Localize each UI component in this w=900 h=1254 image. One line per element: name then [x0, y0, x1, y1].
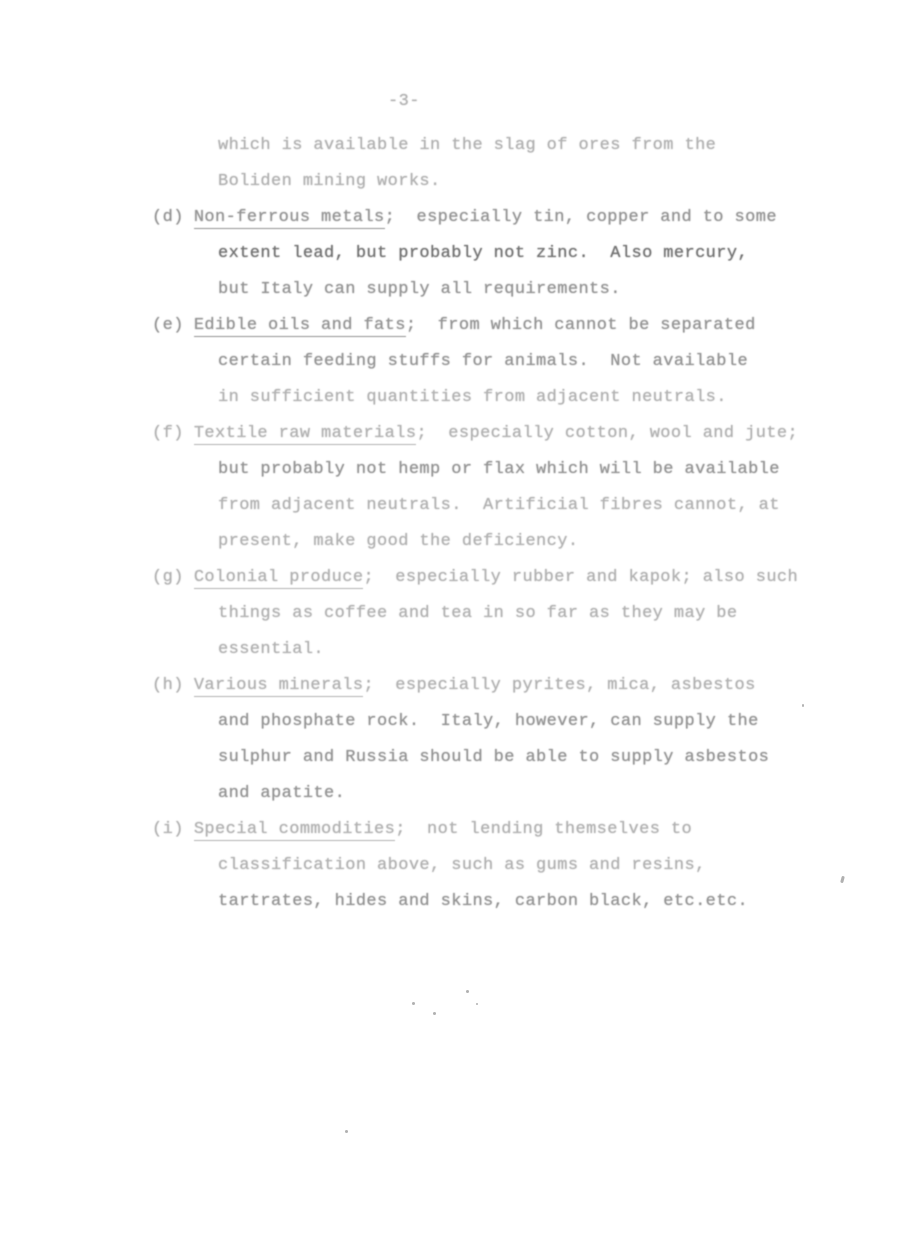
- item-label: (i): [152, 820, 184, 839]
- item-term: Non-ferrous metals: [194, 208, 385, 229]
- item-first-line: (f)Textile raw materials; especially cot…: [152, 416, 862, 452]
- item-label: (g): [152, 568, 184, 587]
- item-text: ; especially rubber and kapok; also such: [363, 568, 798, 587]
- item-text: ; especially tin, copper and to some: [385, 208, 777, 227]
- item-first-line: (i)Special commodities; not lending them…: [152, 812, 862, 848]
- text-line: in sufficient quantities from adjacent n…: [152, 380, 862, 416]
- text-line: and apatite.: [152, 776, 862, 812]
- item-label: (f): [152, 424, 184, 443]
- item-first-line: (g)Colonial produce; especially rubber a…: [152, 560, 862, 596]
- text-line: but probably not hemp or flax which will…: [152, 452, 862, 488]
- item-text: ; especially pyrites, mica, asbestos: [363, 676, 755, 695]
- text-line: sulphur and Russia should be able to sup…: [152, 740, 862, 776]
- item-first-line: (e)Edible oils and fats; from which cann…: [152, 308, 862, 344]
- scan-speck: [466, 990, 469, 993]
- scan-speck: [345, 1130, 348, 1133]
- text-line: essential.: [152, 632, 862, 668]
- list-item-d: (d)Non-ferrous metals; especially tin, c…: [152, 200, 862, 308]
- scan-speck: [433, 1012, 436, 1015]
- text-line: Boliden mining works.: [152, 164, 862, 200]
- list-item-g: (g)Colonial produce; especially rubber a…: [152, 560, 862, 668]
- item-text: ; from which cannot be separated: [406, 316, 756, 335]
- text-line: extent lead, but probably not zinc. Also…: [152, 236, 862, 272]
- item-text: ; especially cotton, wool and jute;: [416, 424, 798, 443]
- text-line: from adjacent neutrals. Artificial fibre…: [152, 488, 862, 524]
- list-item-e: (e)Edible oils and fats; from which cann…: [152, 308, 862, 416]
- text-line: and phosphate rock. Italy, however, can …: [152, 704, 862, 740]
- text-line: which is available in the slag of ores f…: [152, 128, 862, 164]
- item-first-line: (d)Non-ferrous metals; especially tin, c…: [152, 200, 862, 236]
- list-item-i: (i)Special commodities; not lending them…: [152, 812, 862, 920]
- text-line: certain feeding stuffs for animals. Not …: [152, 344, 862, 380]
- scanned-page: -3- which is available in the slag of or…: [0, 0, 900, 1254]
- item-label: (h): [152, 676, 184, 695]
- item-term: Colonial produce: [194, 568, 364, 589]
- item-term: Edible oils and fats: [194, 316, 406, 337]
- item-term: Various minerals: [194, 676, 364, 697]
- text-line: present, make good the deficiency.: [152, 524, 862, 560]
- paragraph-continuation: which is available in the slag of ores f…: [152, 128, 862, 200]
- item-term: Textile raw materials: [194, 424, 417, 445]
- item-label: (e): [152, 316, 184, 335]
- list-item-h: (h)Various minerals; especially pyrites,…: [152, 668, 862, 812]
- item-term: Special commodities: [194, 820, 395, 841]
- scan-speck: [802, 704, 804, 707]
- list-item-f: (f)Textile raw materials; especially cot…: [152, 416, 862, 560]
- text-line: but Italy can supply all requirements.: [152, 272, 862, 308]
- scan-speck: [476, 1003, 478, 1005]
- text-line: classification above, such as gums and r…: [152, 848, 862, 884]
- page-number: -3-: [152, 84, 862, 120]
- text-line: things as coffee and tea in so far as th…: [152, 596, 862, 632]
- item-text: ; not lending themselves to: [395, 820, 692, 839]
- item-label: (d): [152, 208, 184, 227]
- item-first-line: (h)Various minerals; especially pyrites,…: [152, 668, 862, 704]
- scan-speck: [412, 1002, 415, 1005]
- document-body: -3- which is available in the slag of or…: [152, 84, 862, 920]
- text-line: tartrates, hides and skins, carbon black…: [152, 884, 862, 920]
